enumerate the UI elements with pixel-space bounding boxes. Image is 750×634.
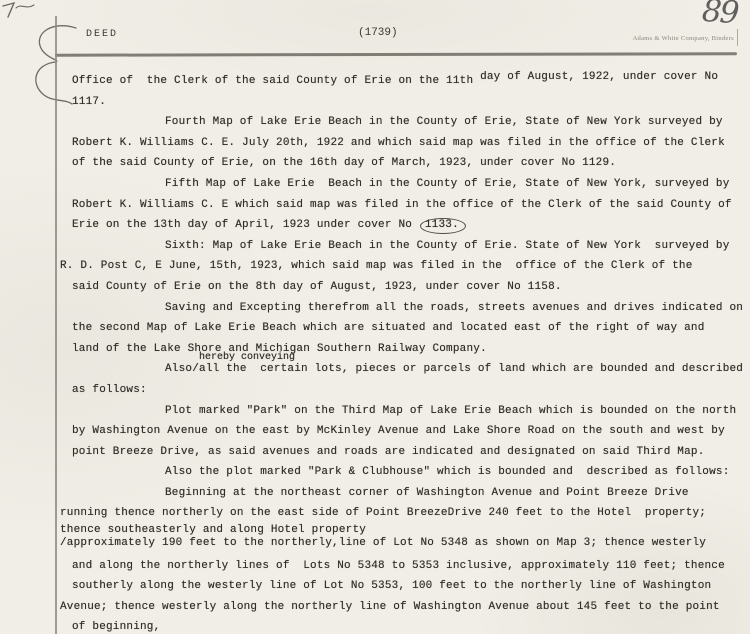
header-rule (55, 52, 737, 56)
document-line: the second Map of Lake Erie Beach which … (60, 318, 748, 339)
document-line: 1117. (60, 92, 748, 113)
document-line: Office of the Clerk of the said County o… (60, 71, 748, 92)
line-text: Office of the Clerk of the said County o… (72, 75, 480, 87)
document-line: Fourth Map of Lake Erie Beach in the Cou… (60, 112, 748, 133)
line-text: 1117. (72, 96, 106, 108)
line-text: southerly along the westerly line of Lot… (72, 580, 711, 592)
document-line: of the said County of Erie, on the 16th … (60, 153, 748, 174)
line-text: Plot marked "Park" on the Third Map of L… (165, 405, 736, 417)
document-line: Robert K. Williams C. E which said map w… (60, 195, 748, 216)
line-text: Sixth: Map of Lake Erie Beach in the Cou… (165, 240, 730, 252)
document-line: /approximately 190 feet to the northerly… (60, 537, 748, 550)
printed-page-number: (1739) (358, 27, 398, 39)
document-type-label: DEED (86, 29, 118, 40)
inserted-annotation: hereby conveying (199, 348, 295, 369)
handwritten-page-number: 89 (700, 0, 738, 31)
line-text: point Breeze Drive, as said avenues and … (72, 446, 705, 458)
line-text: Fifth Map of Lake Erie Beach in the Coun… (165, 178, 730, 190)
document-line: Also/hereby conveyingall the certain lot… (60, 359, 748, 380)
document-line: said County of Erie on the 8th day of Au… (60, 277, 748, 298)
document-line: of beginning, (60, 617, 748, 634)
line-text: Also the plot marked "Park & Clubhouse" … (165, 466, 730, 478)
line-text: of beginning, (72, 621, 160, 633)
document-line: as follows: (60, 380, 748, 401)
line-text: of the said County of Erie, on the 16th … (72, 157, 616, 169)
document-line: Beginning at the northeast corner of Was… (60, 483, 748, 504)
document-line: point Breeze Drive, as said avenues and … (60, 442, 748, 463)
document-line: thence southeasterly and along Hotel pro… (60, 524, 748, 537)
line-text: Also/ (165, 363, 199, 375)
line-text: Saving and Excepting therefrom all the r… (165, 302, 743, 314)
document-line: Plot marked "Park" on the Third Map of L… (60, 401, 748, 422)
binder-credit: Adams & White Company, Binders (633, 35, 734, 42)
document-line: Also the plot marked "Park & Clubhouse" … (60, 462, 748, 483)
line-text: R. D. Post C, E June, 15th, 1923, which … (60, 260, 693, 272)
document-line: Fifth Map of Lake Erie Beach in the Coun… (60, 174, 748, 195)
document-line: and along the northerly lines of Lots No… (60, 556, 748, 577)
line-text: thence southeasterly and along Hotel pro… (60, 524, 366, 536)
margin-rule (55, 16, 57, 634)
line-text: Beginning at the northeast corner of Was… (165, 487, 689, 499)
document-line: land of the Lake Shore and Michigan Sout… (60, 339, 748, 360)
document-line: by Washington Avenue on the east by McKi… (60, 421, 748, 442)
line-text: and along the northerly lines of Lots No… (72, 560, 725, 572)
handwritten-corner-mark (1, 0, 41, 20)
document-line: Erie on the 13th day of April, 1923 unde… (60, 215, 748, 236)
line-text: as follows: (72, 384, 147, 396)
document-line: R. D. Post C, E June, 15th, 1923, which … (60, 256, 748, 277)
circled-cover-number: 1133. (420, 218, 466, 234)
line-text: running thence northerly on the east sid… (60, 507, 706, 519)
line-text: Fourth Map of Lake Erie Beach in the Cou… (165, 116, 723, 128)
line-text: Erie on the 13th day of April, 1923 unde… (72, 219, 419, 231)
line-text: Avenue; thence westerly along the northe… (60, 601, 720, 613)
scanned-deed-page: { "header": { "doc_type": "DEED", "page_… (0, 0, 750, 634)
line-text: Robert K. Williams C. E. July 20th, 1922… (72, 137, 725, 149)
line-text: /approximately 190 feet to the northerly… (60, 537, 706, 549)
line-text: Robert K. Williams C. E which said map w… (72, 199, 732, 211)
document-line: Sixth: Map of Lake Erie Beach in the Cou… (60, 236, 748, 257)
line-text: by Washington Avenue on the east by McKi… (72, 425, 725, 437)
line-text: the second Map of Lake Erie Beach which … (72, 322, 705, 334)
document-line: Saving and Excepting therefrom all the r… (60, 298, 748, 319)
raised-text: day of August, 1922, under cover No (480, 71, 718, 83)
document-body: Office of the Clerk of the said County o… (60, 71, 748, 634)
binder-edge-tick (737, 29, 738, 46)
document-line: Avenue; thence westerly along the northe… (60, 597, 748, 618)
document-line: southerly along the westerly line of Lot… (60, 576, 748, 597)
document-line: running thence northerly on the east sid… (60, 503, 748, 524)
document-line: Robert K. Williams C. E. July 20th, 1922… (60, 133, 748, 154)
line-text: said County of Erie on the 8th day of Au… (72, 281, 562, 293)
